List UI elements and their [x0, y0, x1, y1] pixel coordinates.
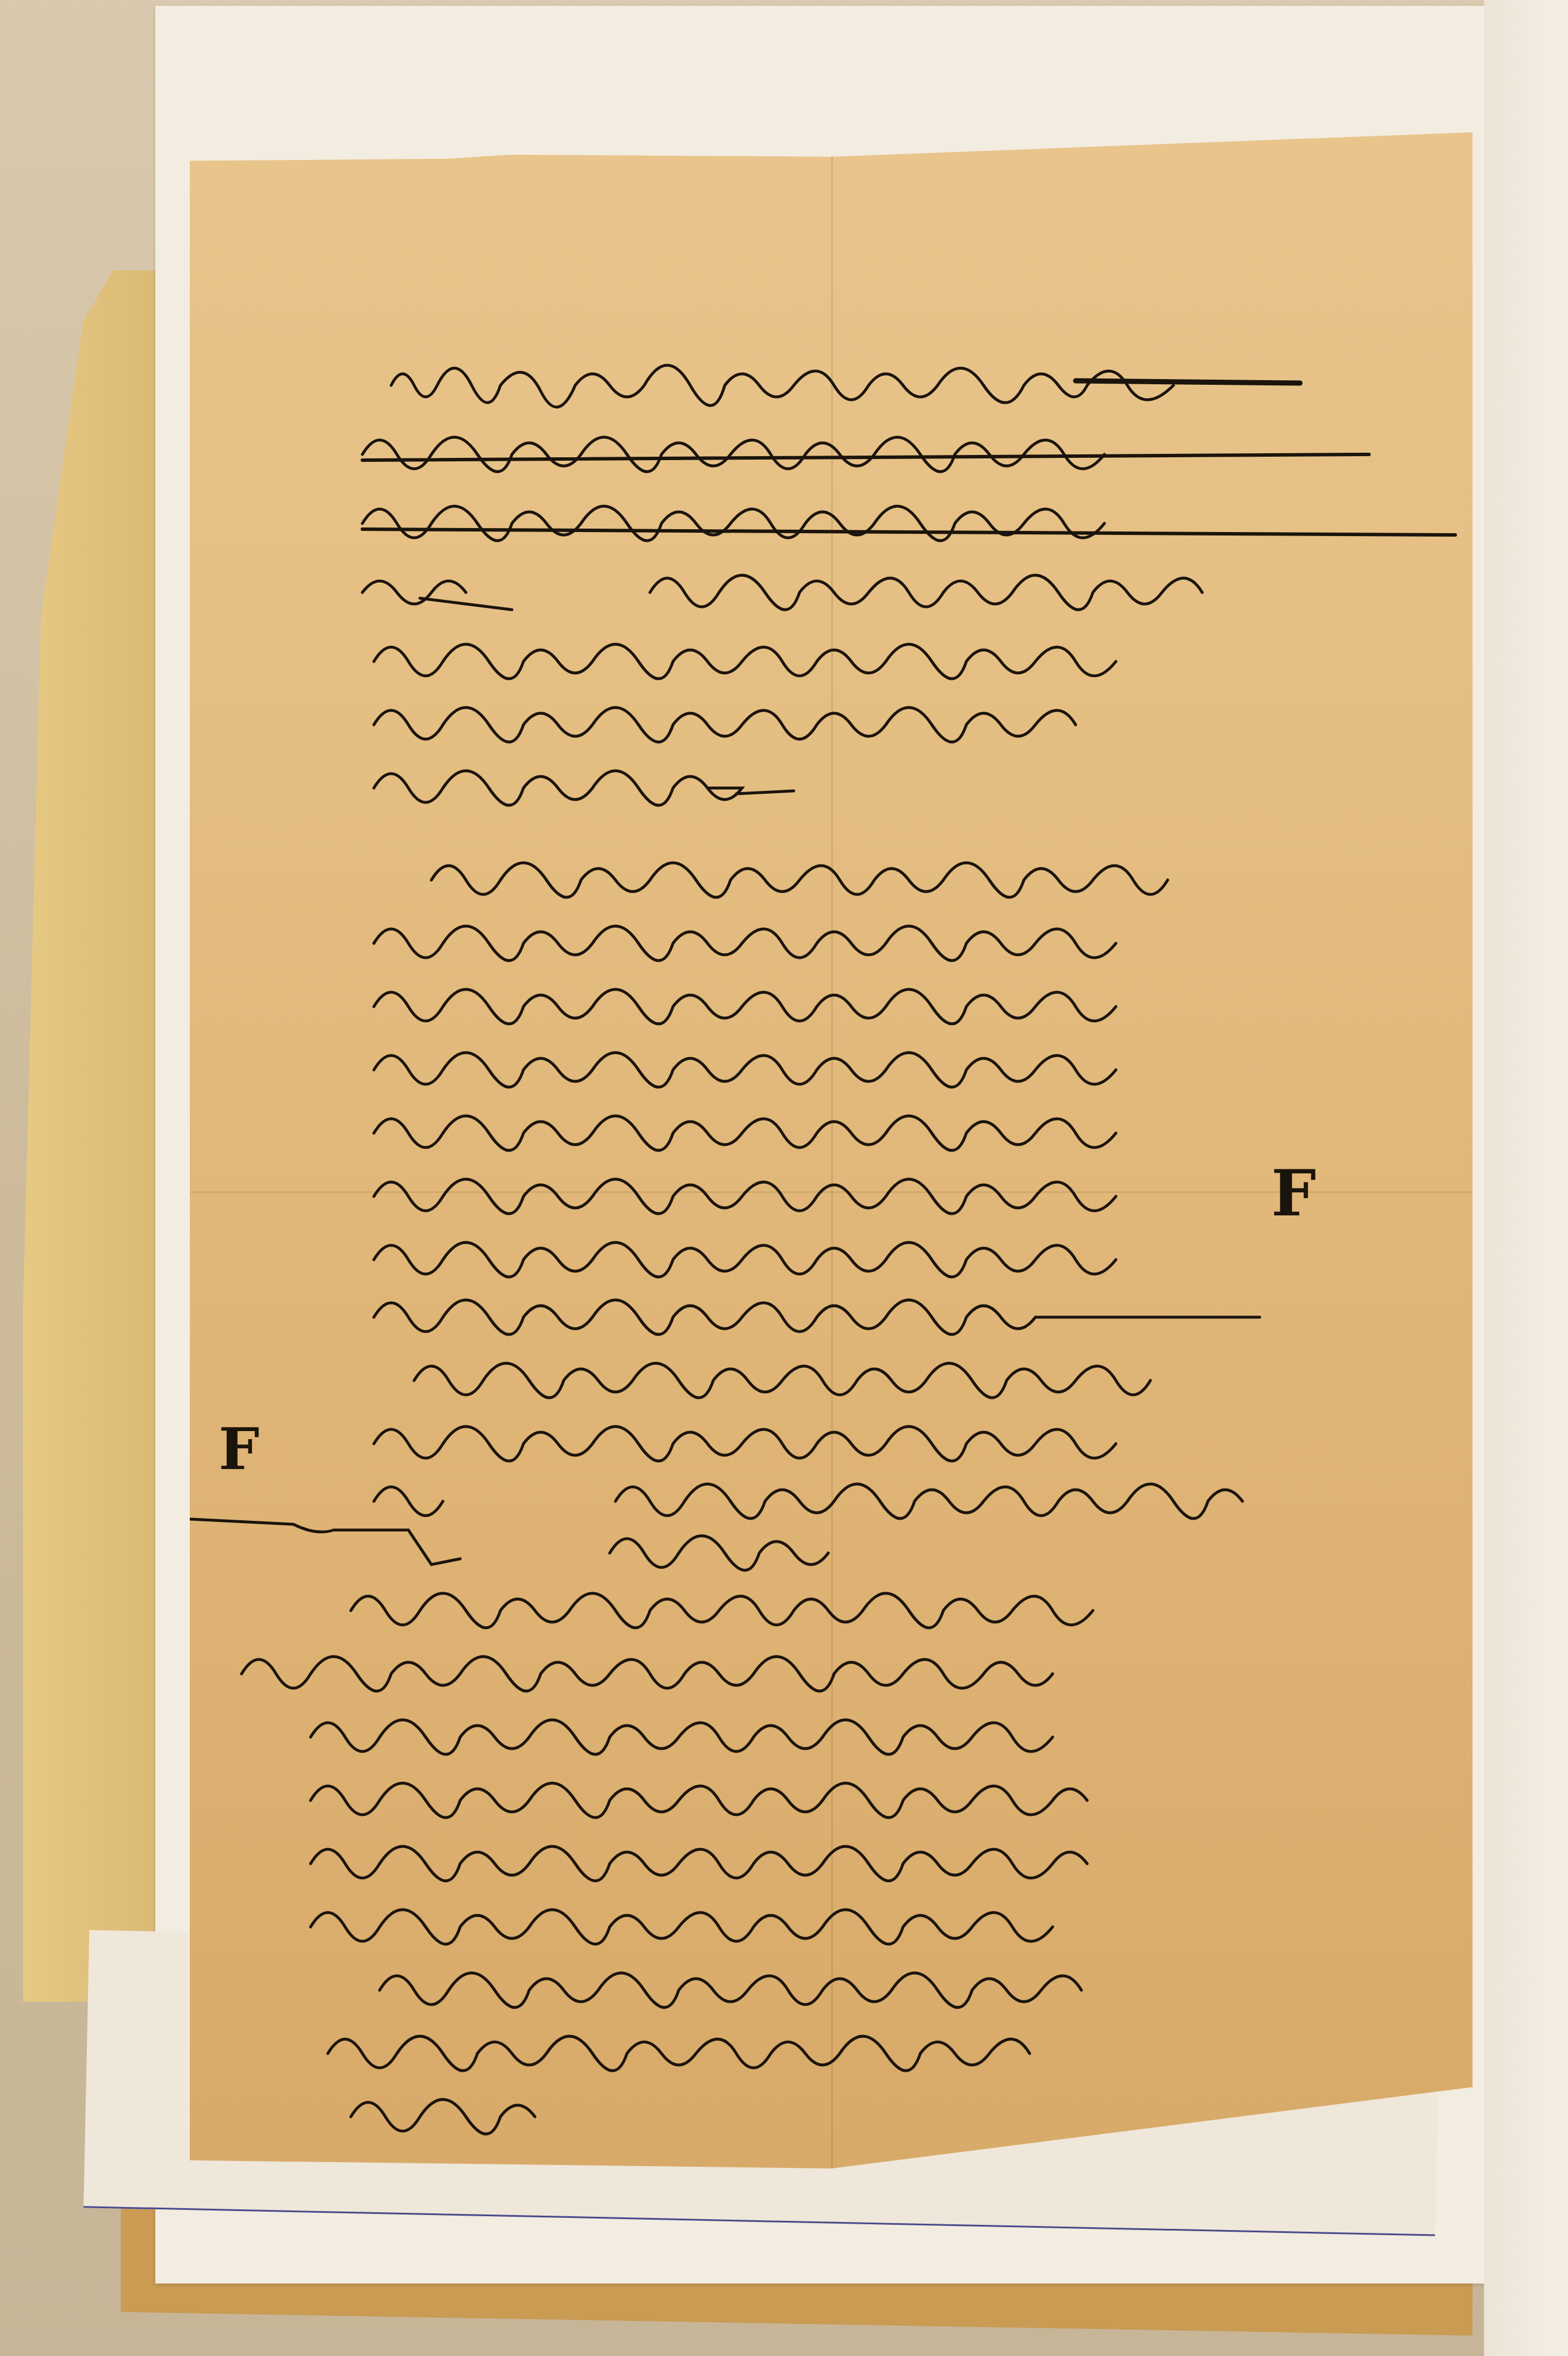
white-sheet-stack-edge — [1484, 0, 1568, 2356]
yellowed-sheet-left — [23, 270, 173, 2002]
shorthand-text — [190, 132, 1473, 2168]
margin-marker-f-right: F — [1271, 1156, 1316, 1230]
margin-marker-f-left: F — [219, 1415, 259, 1483]
document-type-label: handwritten shorthand manuscript page — [0, 0, 1, 1]
manuscript-page: F F — [190, 132, 1473, 2168]
